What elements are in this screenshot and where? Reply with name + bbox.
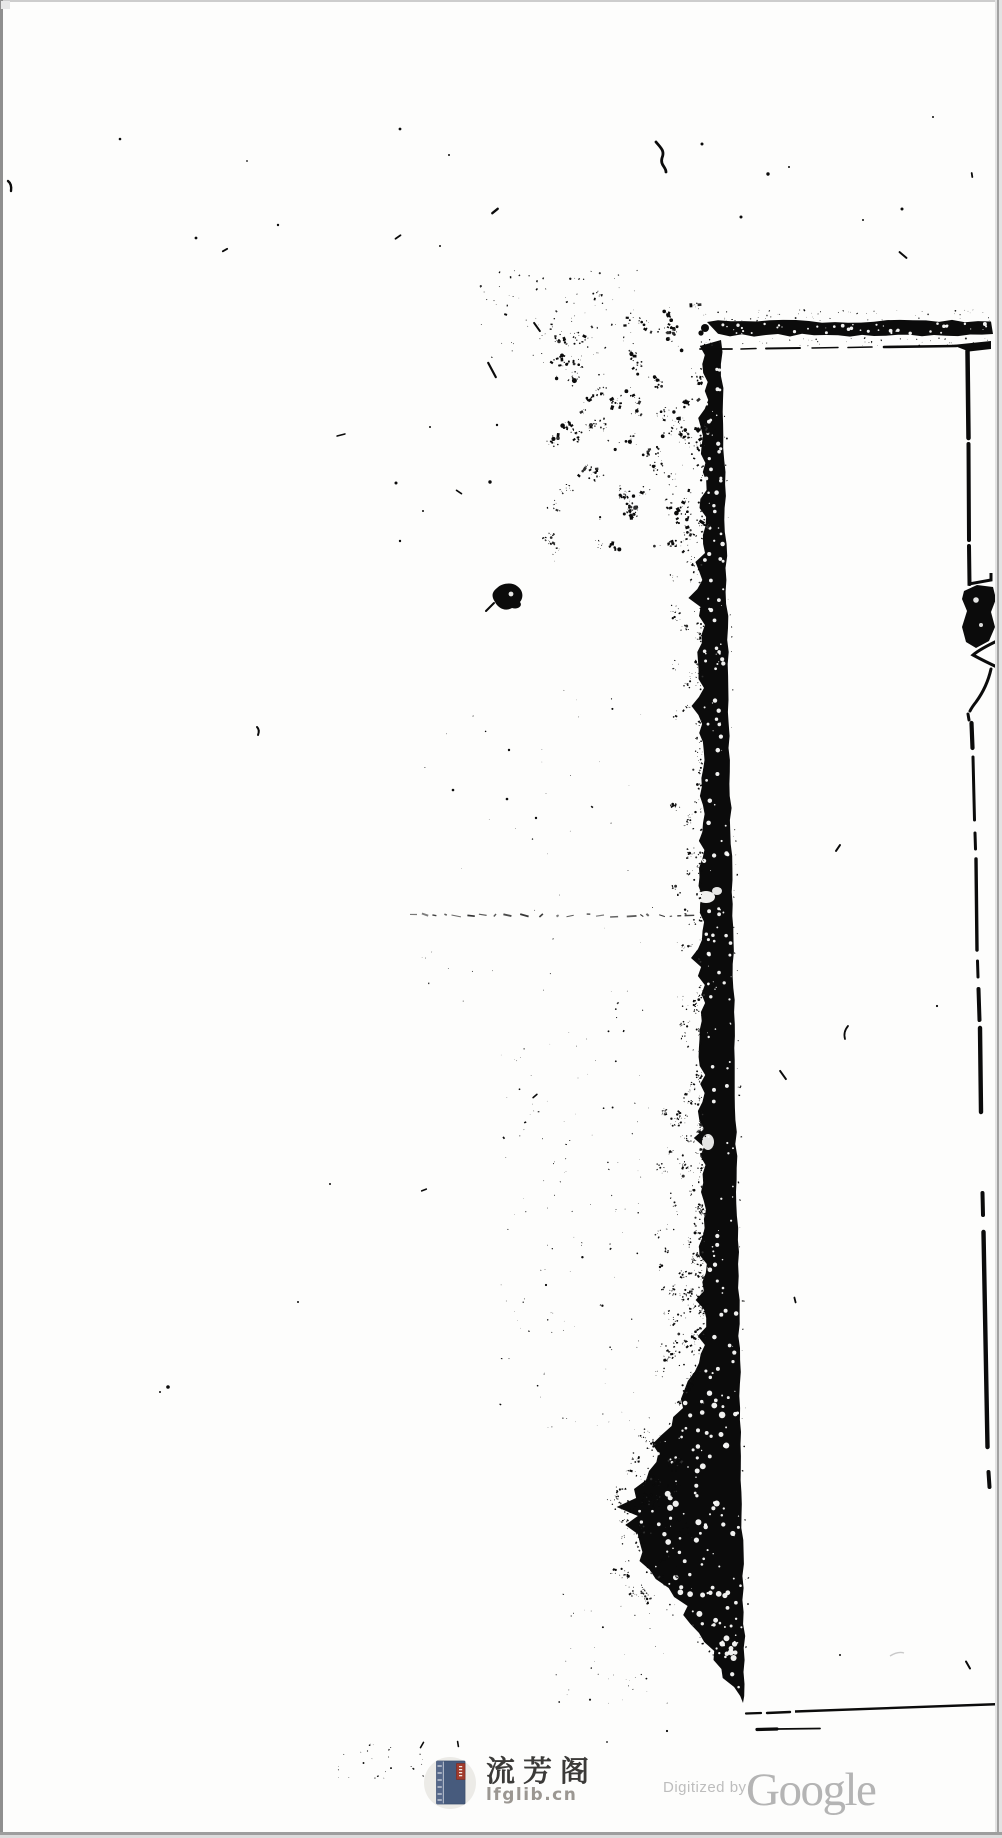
- scanned-page: 流芳阁 lfglib.cn Digitized by Google: [0, 0, 1002, 1838]
- scan-edge-bottom-line: [0, 1832, 1002, 1835]
- watermark-site-name: 流芳阁: [486, 1755, 597, 1787]
- scan-edge-left: [0, 0, 3, 1838]
- ink-marks-layer: [0, 0, 1002, 1838]
- scan-corner-chip: [1, 1, 10, 9]
- book-icon: [424, 1757, 476, 1809]
- watermark: 流芳阁 lfglib.cn: [424, 1757, 684, 1817]
- watermark-site-domain: lfglib.cn: [486, 1787, 597, 1804]
- scan-edge-top: [0, 0, 1002, 2]
- digitized-by-label: Digitized by: [663, 1779, 747, 1796]
- scan-edge-right-line: [997, 0, 999, 1838]
- google-logo: Google: [746, 1764, 875, 1816]
